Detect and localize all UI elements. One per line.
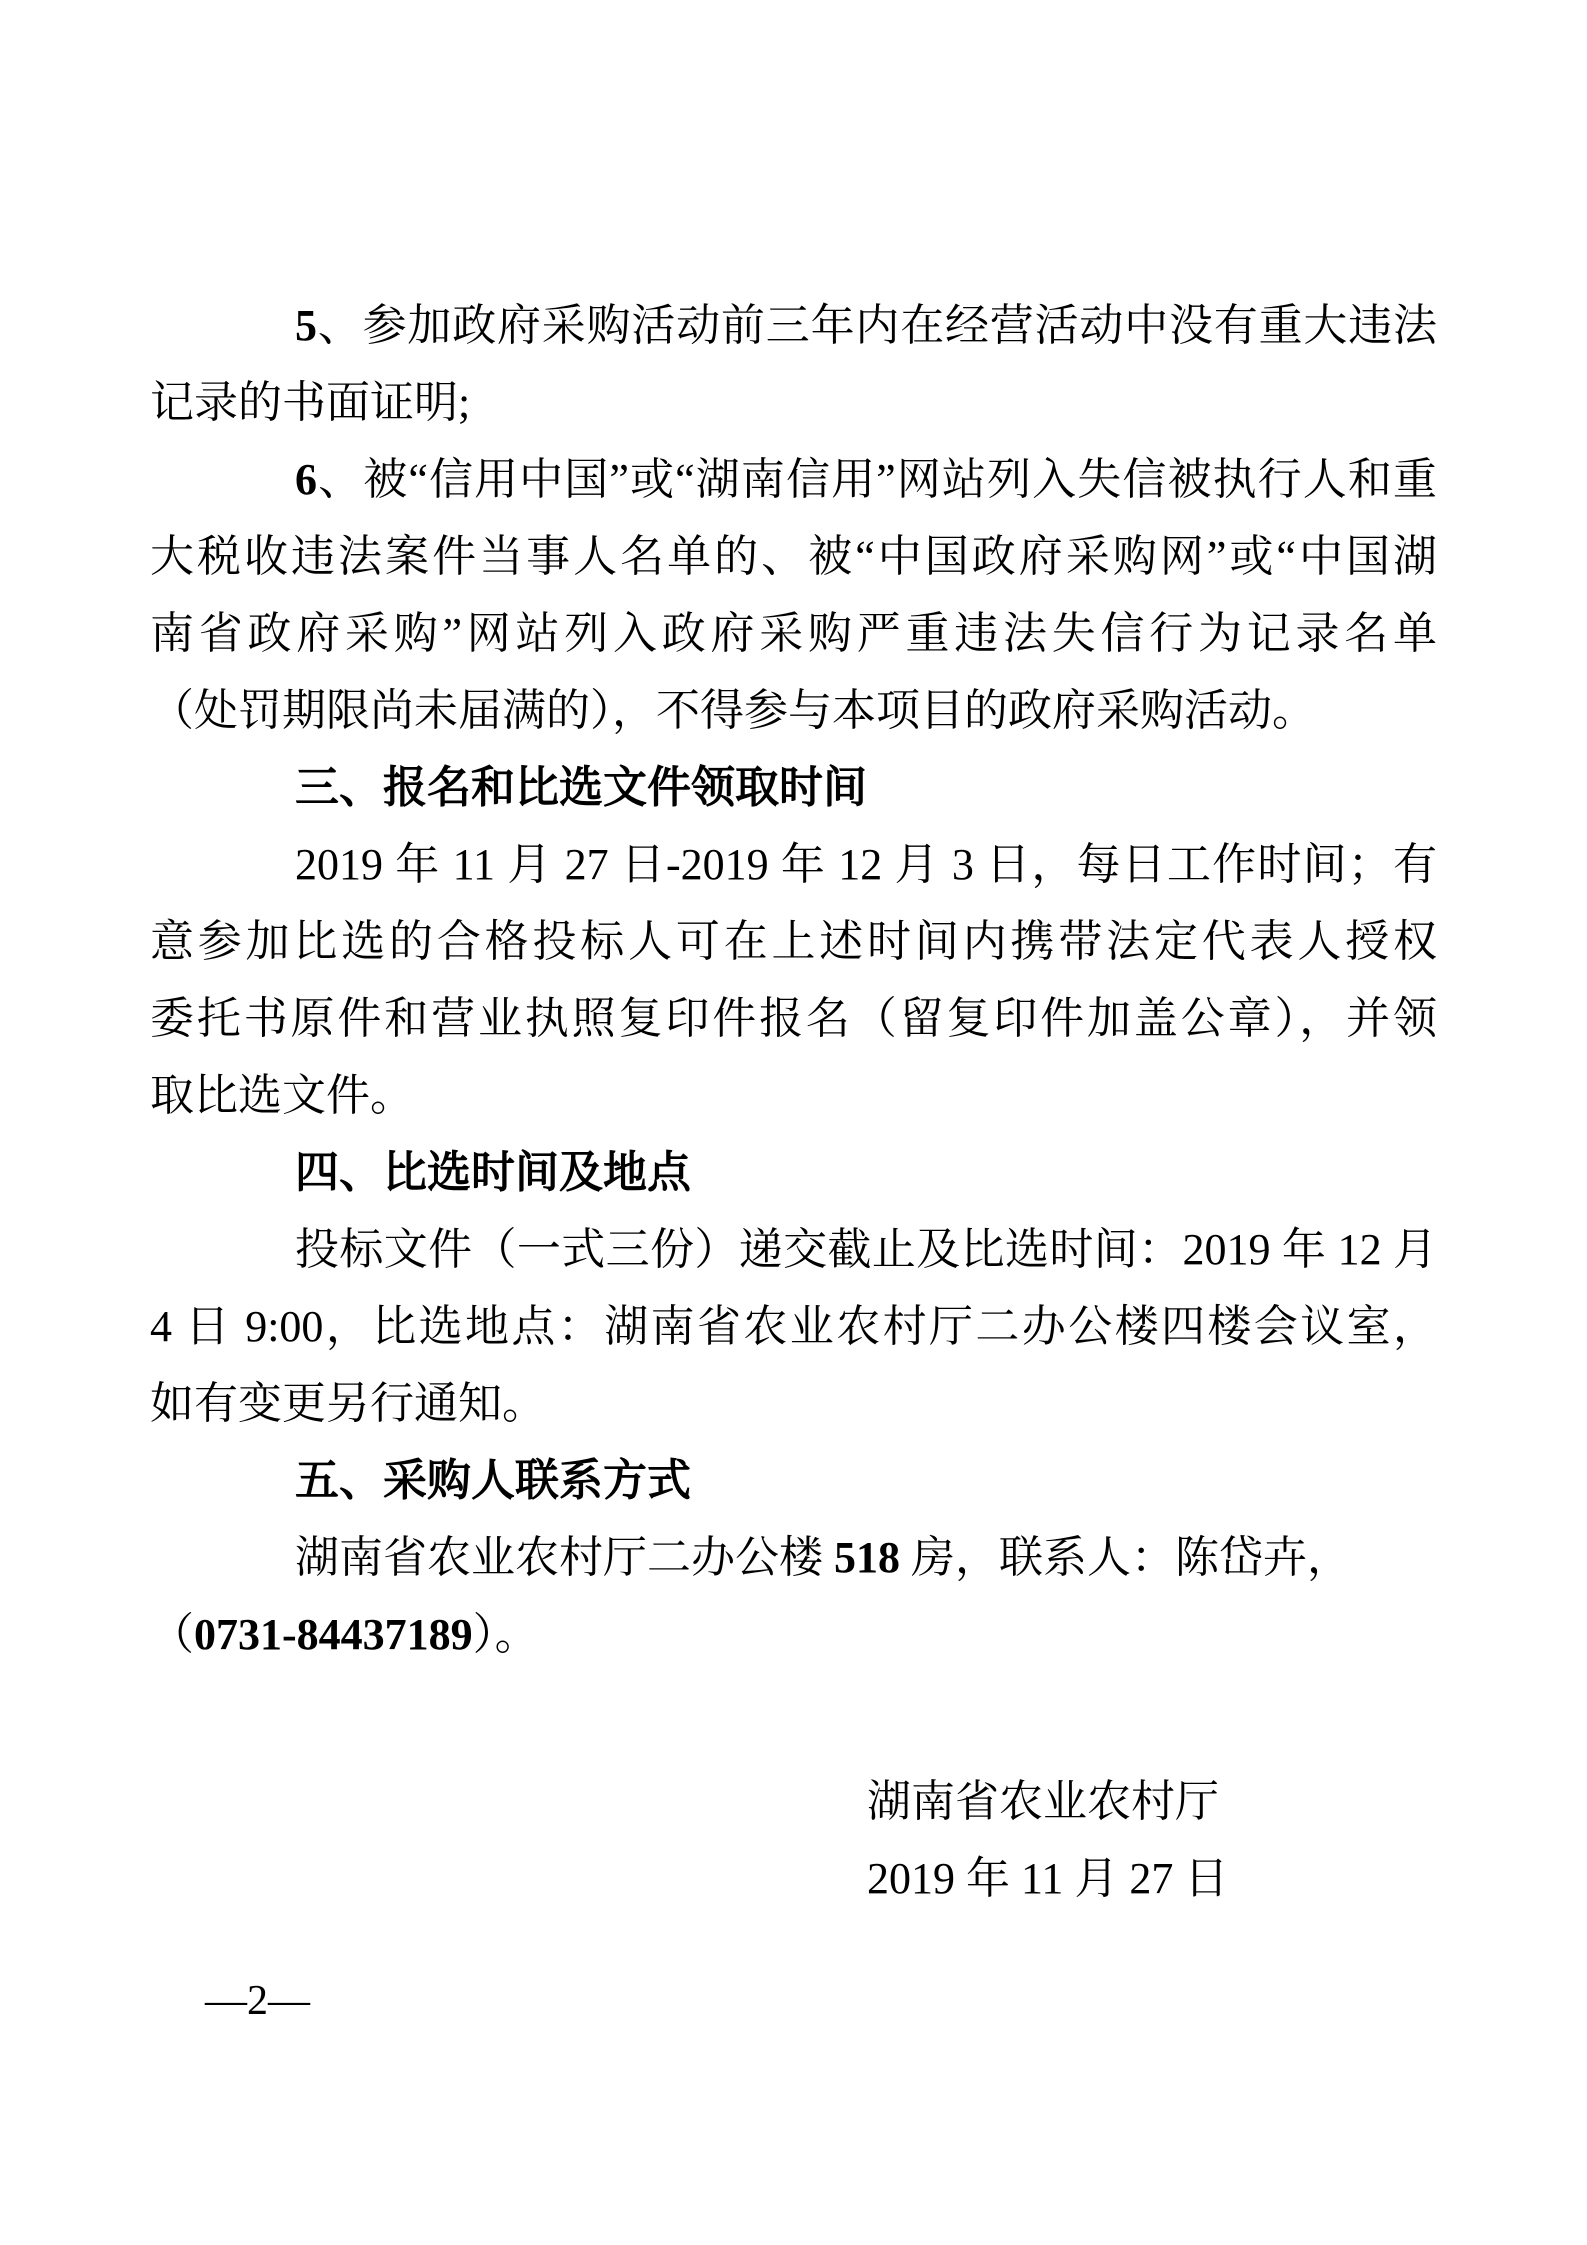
section3-heading: 三、报名和比选文件领取时间	[150, 749, 1437, 826]
item6-line2: 大税收违法案件当事人名单的、被“中国政府采购网”或“中国湖	[150, 518, 1437, 595]
signature-organization: 湖南省农业农村厅	[867, 1763, 1437, 1840]
item5-line1: 5、参加政府采购活动前三年内在经营活动中没有重大违法	[150, 287, 1437, 364]
item5-number: 5	[295, 301, 317, 350]
section3-line2: 意参加比选的合格投标人可在上述时间内携带法定代表人授权	[150, 903, 1437, 980]
section3-line4: 取比选文件。	[150, 1057, 1437, 1134]
section4-line3: 如有变更另行通知。	[150, 1365, 1437, 1442]
section5-line1-pre: 湖南省农业农村厅二办公楼	[295, 1533, 834, 1582]
item5-line2: 记录的书面证明;	[150, 364, 1437, 441]
section4-line2: 4 日 9:00，比选地点：湖南省农业农村厅二办公楼四楼会议室，	[150, 1288, 1437, 1365]
phone-open-paren: （	[150, 1610, 194, 1659]
item6-line1-text: 、被“信用中国”或“湖南信用”网站列入失信被执行人和重	[317, 455, 1437, 504]
section4-line1: 投标文件（一式三份）递交截止及比选时间：2019 年 12 月	[150, 1211, 1437, 1288]
section5-heading: 五、采购人联系方式	[150, 1442, 1437, 1519]
section4-heading: 四、比选时间及地点	[150, 1134, 1437, 1211]
section3-line3: 委托书原件和营业执照复印件报名（留复印件加盖公章），并领	[150, 980, 1437, 1057]
section5-line1: 湖南省农业农村厅二办公楼 518 房，联系人：陈岱卉，	[150, 1519, 1437, 1596]
document-page: 5、参加政府采购活动前三年内在经营活动中没有重大违法 记录的书面证明; 6、被“…	[0, 0, 1587, 2245]
section5-line2: （0731-84437189）。	[150, 1596, 1437, 1673]
item5-line1-text: 、参加政府采购活动前三年内在经营活动中没有重大违法	[317, 301, 1437, 350]
page-number: —2—	[205, 1978, 310, 2024]
section3-line1: 2019 年 11 月 27 日-2019 年 12 月 3 日，每日工作时间；…	[150, 826, 1437, 903]
item6-line1: 6、被“信用中国”或“湖南信用”网站列入失信被执行人和重	[150, 441, 1437, 518]
signature-block: 湖南省农业农村厅 2019 年 11 月 27 日	[150, 1763, 1437, 1917]
phone-close-paren: ）。	[473, 1610, 539, 1659]
section5-room-number: 518	[834, 1533, 900, 1582]
item6-line3: 南省政府采购”网站列入政府采购严重违法失信行为记录名单	[150, 595, 1437, 672]
item6-number: 6	[295, 455, 317, 504]
section5-line1-post: 房，联系人：陈岱卉，	[900, 1533, 1351, 1582]
item6-line4: （处罚期限尚未届满的），不得参与本项目的政府采购活动。	[150, 672, 1437, 749]
phone-number: 0731-84437189	[194, 1610, 473, 1659]
document-body: 5、参加政府采购活动前三年内在经营活动中没有重大违法 记录的书面证明; 6、被“…	[150, 287, 1437, 1917]
signature-date: 2019 年 11 月 27 日	[867, 1840, 1437, 1917]
